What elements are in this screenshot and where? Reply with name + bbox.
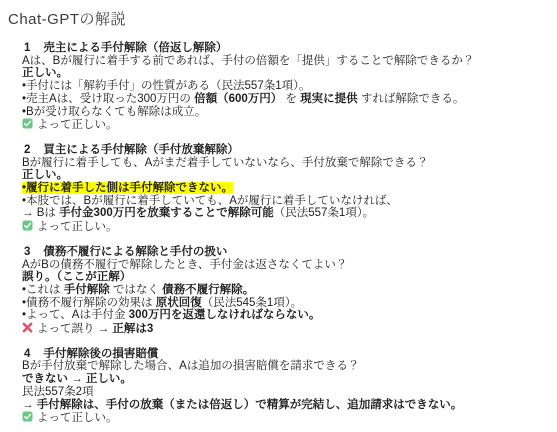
text-line: よって誤り → 正解は3 — [22, 322, 551, 336]
text-segment: を — [282, 93, 300, 105]
text-line: •本肢では、Bが履行に着手していても、Aが履行に着手していなければ、 — [22, 195, 551, 208]
text-segment: よって正しい。 — [37, 221, 118, 233]
text-segment: 正解は3 — [112, 323, 153, 335]
section-heading: 3債務不履行による解除と手付の扱い — [22, 246, 551, 259]
text-line: Aは、Bが履行に着手する前であれば、手付の倍額を「提供」することで解除できるか？ — [22, 55, 551, 68]
section-2: 2買主による手付解除（手付放棄解除）Bが履行に着手しても、Aがまだ着手していない… — [22, 144, 551, 234]
text-line: よって正しい。 — [22, 220, 551, 234]
text-line: よって正しい。 — [22, 411, 551, 425]
text-segment: （民法557条1項）。 — [274, 207, 374, 219]
text-line: •これは 手付解除 ではなく 債務不履行解除。 — [22, 284, 551, 297]
text-segment: •よって、Aは手付金 — [22, 309, 129, 321]
text-segment: •履行に着手した側は手付解除できない。 — [22, 182, 233, 194]
text-segment: •手付には「解約手付」の性質がある（民法557条1項）。 — [22, 80, 310, 92]
text-line: 正しい。 — [22, 169, 551, 182]
text-segment: •売主Aは、受け取った300万円の — [22, 93, 194, 105]
text-line: Bが履行に着手しても、Aがまだ着手していないなら、手付放棄で解除できる？ — [22, 157, 551, 170]
text-segment: Bが手付放棄で解除した場合、Aは追加の損害賠償を請求できる？ — [22, 360, 359, 372]
text-line: •売主Aは、受け取った300万円の 倍額（600万円） を 現実に提供 すれば解… — [22, 93, 551, 106]
section-heading: 4手付解除後の損害賠償 — [22, 348, 551, 361]
text-segment: •債務不履行解除の効果は — [22, 297, 156, 309]
text-line: •債務不履行解除の効果は 原状回復（民法545条1項）。 — [22, 297, 551, 310]
text-line: Bが手付放棄で解除した場合、Aは追加の損害賠償を請求できる？ — [22, 360, 551, 373]
check-icon — [22, 411, 33, 422]
text-segment: 300万円を返還しなければならない。 — [129, 309, 321, 321]
text-line: •手付には「解約手付」の性質がある（民法557条1項）。 — [22, 80, 551, 93]
section-title: 債務不履行による解除と手付の扱い — [43, 246, 227, 258]
text-segment: よって正しい。 — [37, 119, 118, 131]
explanation-content: 1売主による手付解除（倍返し解除）Aは、Bが履行に着手する前であれば、手付の倍額… — [0, 29, 557, 425]
text-segment: 民法557条2項 — [22, 386, 94, 398]
text-segment: すれば解除できる。 — [358, 93, 465, 105]
text-segment: •本肢では、Bが履行に着手していても、Aが履行に着手していなければ、 — [22, 195, 398, 207]
document-page: Chat-GPTの解説 1売主による手付解除（倍返し解除）Aは、Bが履行に着手す… — [0, 0, 557, 432]
text-segment: Bが履行に着手しても、Aがまだ着手していないなら、手付放棄で解除できる？ — [22, 157, 428, 169]
text-line: → 手付解除は、手付の放棄（または倍返し）で精算が完結し、追加請求はできない。 — [22, 399, 551, 412]
text-segment: •Bが受け取らなくても解除は成立。 — [22, 106, 206, 118]
text-segment: ではなく — [110, 284, 162, 296]
text-segment: 倍額（600万円） — [194, 93, 282, 105]
section-number: 2 — [24, 144, 30, 157]
section-1: 1売主による手付解除（倍返し解除）Aは、Bが履行に着手する前であれば、手付の倍額… — [22, 42, 551, 132]
text-line: •Bが受け取らなくても解除は成立。 — [22, 106, 551, 119]
text-line: → Bは 手付金300万円を放棄することで解除可能（民法557条1項）。 — [22, 207, 551, 220]
section-heading: 2買主による手付解除（手付放棄解除） — [22, 144, 551, 157]
text-segment: → Bは — [22, 207, 59, 219]
text-line: よって正しい。 — [22, 118, 551, 132]
section-heading: 1売主による手付解除（倍返し解除） — [22, 42, 551, 55]
check-icon — [22, 118, 33, 129]
text-segment: AがBの債務不履行で解除したとき、手付金は返さなくてよい？ — [22, 259, 347, 271]
text-line: •よって、Aは手付金 300万円を返還しなければならない。 — [22, 309, 551, 322]
text-segment: → 手付解除は、手付の放棄（または倍返し）で精算が完結し、追加請求はできない。 — [22, 399, 462, 411]
section-3: 3債務不履行による解除と手付の扱いAがBの債務不履行で解除したとき、手付金は返さ… — [22, 246, 551, 336]
text-line: 正しい。 — [22, 67, 551, 80]
section-title: 買主による手付解除（手付放棄解除） — [43, 144, 239, 156]
text-segment: 正しい。 — [22, 67, 68, 79]
text-segment: Aは、Bが履行に着手する前であれば、手付の倍額を「提供」することで解除できるか？ — [22, 55, 474, 67]
text-line: 民法557条2項 — [22, 386, 551, 399]
check-icon — [22, 220, 33, 231]
text-segment: よって誤り → — [37, 323, 112, 335]
text-segment: •これは — [22, 284, 64, 296]
section-number: 3 — [24, 246, 30, 259]
text-segment: 誤り。（ここが正解） — [22, 271, 131, 283]
text-line: •履行に着手した側は手付解除できない。 — [22, 182, 551, 195]
text-segment: 債務不履行解除。 — [162, 284, 254, 296]
text-segment: 正しい。 — [22, 169, 68, 181]
text-segment: （民法545条1項）。 — [202, 297, 302, 309]
text-segment: できない → 正しい。 — [22, 373, 132, 385]
section-title: 手付解除後の損害賠償 — [43, 348, 158, 360]
section-title: 売主による手付解除（倍返し解除） — [43, 42, 227, 54]
section-number: 1 — [24, 42, 30, 55]
text-line: 誤り。（ここが正解） — [22, 271, 551, 284]
text-segment: 手付解除 — [64, 284, 110, 296]
text-segment: 手付金300万円を放棄することで解除可能 — [59, 207, 274, 219]
text-segment: 原状回復 — [156, 297, 202, 309]
cross-icon — [22, 322, 33, 333]
text-segment: よって正しい。 — [37, 412, 118, 424]
text-segment: 現実に提供 — [300, 93, 358, 105]
section-4: 4手付解除後の損害賠償Bが手付放棄で解除した場合、Aは追加の損害賠償を請求できる… — [22, 348, 551, 425]
page-title: Chat-GPTの解説 — [0, 0, 557, 29]
text-line: できない → 正しい。 — [22, 373, 551, 386]
section-number: 4 — [24, 348, 30, 361]
text-line: AがBの債務不履行で解除したとき、手付金は返さなくてよい？ — [22, 259, 551, 272]
